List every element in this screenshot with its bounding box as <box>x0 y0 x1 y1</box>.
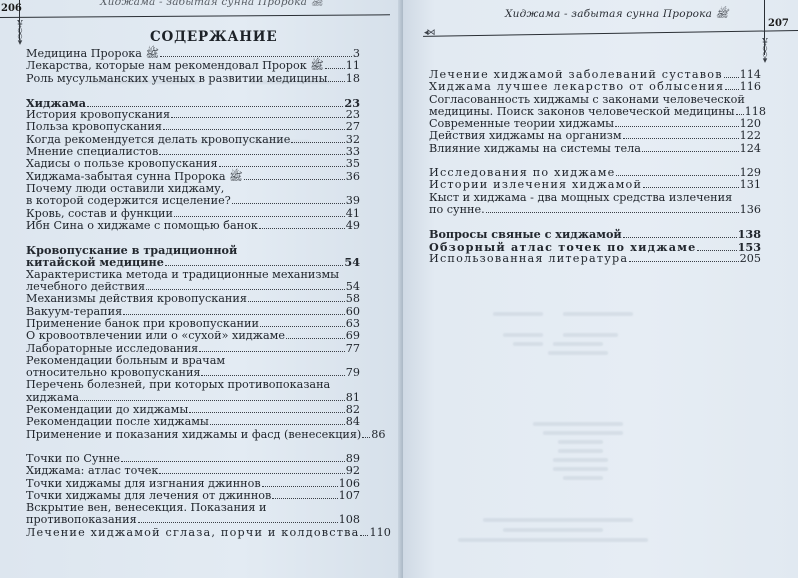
toc-entry-title: Хадисы о пользе кровопускания <box>26 158 218 170</box>
dot-leader <box>642 143 739 152</box>
dot-leader <box>80 392 345 401</box>
toc-entry-page: 108 <box>339 514 360 526</box>
page-number-right: 207 <box>768 18 789 29</box>
toc-entry-page: 54 <box>344 256 360 268</box>
bleed-through <box>493 312 543 316</box>
toc-entry-page: 39 <box>346 195 360 207</box>
toc-section: Точки по Сунне89Хиджама: атлас точек92То… <box>26 453 360 539</box>
toc-entry[interactable]: Вопросы свяные с хиджамой138 <box>429 228 761 240</box>
toc-entry-page: 136 <box>740 204 761 216</box>
bleed-through <box>558 440 603 444</box>
left-page: 206 Хиджама - забытая сунна Пророка ﷺ ¥◊… <box>0 0 403 578</box>
toc-entry-page: 58 <box>346 293 360 305</box>
dot-leader <box>165 257 344 266</box>
toc-entry-title: Лабораторные исследования <box>26 343 198 355</box>
toc-entry-page: 11 <box>346 60 360 72</box>
toc-entry[interactable]: Вскрытие вен, венесекция. Показания ипро… <box>26 502 360 527</box>
dot-leader <box>159 465 344 474</box>
toc-entry-page: 205 <box>740 253 761 265</box>
dot-leader <box>163 121 345 130</box>
bleed-through <box>553 467 608 471</box>
toc-entry-page: 41 <box>346 208 360 220</box>
bleed-through <box>553 342 603 346</box>
dot-leader <box>232 195 345 204</box>
toc-entry-title-line1: Перечень болезней, при которых противопо… <box>26 379 360 391</box>
dot-leader <box>615 118 739 127</box>
dot-leader <box>697 242 736 251</box>
toc-entry-title: Лечение хиджамой сглаза, порчи и колдовс… <box>26 527 359 539</box>
dot-leader <box>286 330 345 339</box>
dot-leader <box>623 130 739 139</box>
toc-entry-title: по сунне. <box>429 204 485 216</box>
toc-entry-page: 69 <box>346 330 360 342</box>
toc-entry-page: 27 <box>346 121 360 133</box>
toc-entry[interactable]: Характеристика метода и традиционные мех… <box>26 269 360 294</box>
toc-entry[interactable]: Лечение хиджамой сглаза, порчи и колдовс… <box>26 527 360 539</box>
bleed-through <box>563 476 603 480</box>
toc-right-column: Лечение хиджамой заболеваний суставов114… <box>429 69 761 265</box>
dot-leader <box>725 81 738 90</box>
toc-entry-page: 36 <box>346 171 360 183</box>
bleed-through <box>503 333 543 337</box>
dot-leader <box>146 281 345 290</box>
bleed-through <box>533 422 623 426</box>
dot-leader <box>123 306 345 315</box>
toc-entry-page: 84 <box>346 416 360 428</box>
toc-entry[interactable]: Действия хиджамы на организм122 <box>429 130 761 142</box>
toc-entry-title: Вопросы свяные с хиджамой <box>429 228 622 240</box>
toc-entry-page: 92 <box>346 465 360 477</box>
header-rule <box>423 30 798 37</box>
dot-leader <box>248 293 345 302</box>
toc-entry-page: 35 <box>346 158 360 170</box>
toc-entry[interactable]: Польза кровопускания27 <box>26 121 360 133</box>
toc-entry-title: Роль мусульманских ученых в развитии мед… <box>26 73 327 85</box>
toc-entry-title: Хиджама: атлас точек <box>26 465 158 477</box>
dot-leader <box>189 404 344 413</box>
dot-leader <box>272 490 337 499</box>
toc-entry-page: 124 <box>740 143 761 155</box>
dot-leader <box>623 229 737 238</box>
toc-entry-title: О кровоотвлечении или о «сухой» хиджаме <box>26 330 285 342</box>
toc-entry[interactable]: Рекомендации после хиджамы84 <box>26 416 360 428</box>
dot-leader <box>260 318 345 327</box>
toc-entry-title: Точки хиджамы для изгнания джиннов <box>26 478 261 490</box>
page-number-left: 206 <box>1 3 22 14</box>
toc-entry[interactable]: Рекомендации больным и врачамотносительн… <box>26 355 360 380</box>
toc-entry[interactable]: Хадисы о пользе кровопускания35 <box>26 158 360 170</box>
dot-leader <box>629 253 738 262</box>
dot-leader <box>360 527 368 536</box>
toc-entry-page: 131 <box>740 179 761 191</box>
toc-entry-page: 107 <box>339 490 360 502</box>
toc-entry[interactable]: Хиджама: атлас точек92 <box>26 465 360 477</box>
header-rule <box>0 14 390 18</box>
dot-leader <box>210 416 345 425</box>
dot-leader <box>262 478 338 487</box>
dot-leader <box>724 69 739 78</box>
bleed-through <box>563 333 618 337</box>
dot-leader <box>325 60 345 69</box>
bleed-through <box>563 312 633 316</box>
toc-entry[interactable]: О кровоотвлечении или о «сухой» хиджаме6… <box>26 330 360 342</box>
toc-entry[interactable]: Лекарства, которые нам рекомендовал Прор… <box>26 60 360 72</box>
dot-leader <box>199 343 345 352</box>
bleed-through <box>513 342 543 346</box>
toc-entry[interactable]: Хиджама лучшее лекарство от облысения116 <box>429 81 761 93</box>
toc-entry-page: 49 <box>346 220 360 232</box>
toc-entry-page: 77 <box>346 343 360 355</box>
ornament-icon: ¥◊◊▾ <box>15 22 25 46</box>
toc-entry[interactable]: Кровь, состав и функции41 <box>26 208 360 220</box>
toc-entry-title: китайской медицине <box>26 256 164 268</box>
dot-leader <box>643 179 739 188</box>
toc-entry[interactable]: Роль мусульманских ученых в развитии мед… <box>26 73 360 85</box>
dot-leader <box>174 208 345 217</box>
toc-entry-title: Рекомендации после хиджамы <box>26 416 209 428</box>
toc-entry[interactable]: Обзорный атлас точек по хиджаме153 <box>429 241 761 253</box>
dot-leader <box>244 171 345 180</box>
ornament-icon: ¥◊◊▾ <box>760 40 770 64</box>
toc-entry-title: Кровь, состав и функции <box>26 208 173 220</box>
bleed-through <box>558 449 603 453</box>
toc-left-column: Медицина Пророка ﷺ3Лекарства, которые на… <box>26 48 360 539</box>
toc-title: СОДЕРЖАНИЕ <box>150 29 277 45</box>
toc-entry-title: Хиджама лучшее лекарство от облысения <box>429 81 724 93</box>
ornament-icon: ◂⋈ <box>424 28 434 38</box>
toc-section: Медицина Пророка ﷺ3Лекарства, которые на… <box>26 48 360 85</box>
book-spread: 206 Хиджама - забытая сунна Пророка ﷺ ¥◊… <box>0 0 798 578</box>
toc-entry-page: 18 <box>346 73 360 85</box>
toc-section: Лечение хиджамой заболеваний суставов114… <box>429 69 761 155</box>
dot-leader <box>201 367 344 376</box>
toc-entry[interactable]: Согласованность хиджамы с законами челов… <box>429 94 761 119</box>
bleed-through <box>458 538 648 542</box>
dot-leader <box>328 73 344 82</box>
toc-entry-page: 110 <box>369 527 390 539</box>
toc-section: Хиджама23История кровопускания23Польза к… <box>26 97 360 232</box>
dot-leader <box>171 109 345 118</box>
toc-entry-title: в которой содержится исцеление? <box>26 195 231 207</box>
dot-leader <box>259 220 345 229</box>
toc-section: Исследования по хиджаме129Истории излече… <box>429 167 761 216</box>
toc-entry[interactable]: Кыст и хиджама - два мощных средства изл… <box>429 192 761 217</box>
dot-leader <box>160 48 352 57</box>
toc-entry-title: Влияние хиджамы на системы тела <box>429 143 641 155</box>
toc-entry-title: Механизмы действия кровопускания <box>26 293 247 305</box>
toc-entry-title: Действия хиджамы на организм <box>429 130 622 142</box>
dot-leader <box>362 429 370 438</box>
dot-leader <box>219 158 345 167</box>
dot-leader <box>736 106 744 115</box>
dot-leader <box>138 514 338 523</box>
bleed-through <box>483 518 633 522</box>
toc-entry[interactable]: Истории излечения хиджамой131 <box>429 179 761 191</box>
toc-entry-title: Применение и показания хиджамы и фасд (в… <box>26 429 361 441</box>
toc-entry-title: Лекарства, которые нам рекомендовал Прор… <box>26 60 324 72</box>
dot-leader <box>616 167 738 176</box>
toc-entry-page: 138 <box>738 228 761 240</box>
toc-entry[interactable]: Перечень болезней, при которых противопо… <box>26 379 360 404</box>
toc-entry-page: 106 <box>339 478 360 490</box>
toc-entry-title: Использованная литература <box>429 253 628 265</box>
toc-entry[interactable]: Применение и показания хиджамы и фасд (в… <box>26 429 360 441</box>
right-page: Хиджама - забытая сунна Пророка ﷺ ◂⋈ 207… <box>403 0 798 578</box>
toc-section: Кровопускание в традиционнойкитайской ме… <box>26 244 360 441</box>
running-title-left: Хиджама - забытая сунна Пророка ﷺ <box>100 0 323 11</box>
dot-leader <box>121 453 345 462</box>
toc-entry-page: 122 <box>740 130 761 142</box>
toc-entry[interactable]: Точки хиджамы для изгнания джиннов106 <box>26 478 360 490</box>
toc-section: Вопросы свяные с хиджамой138Обзорный атл… <box>429 228 761 265</box>
toc-entry-title: Истории излечения хиджамой <box>429 179 642 191</box>
bleed-through <box>548 351 608 355</box>
bleed-through <box>553 458 608 462</box>
toc-entry-title: противопоказания <box>26 514 137 526</box>
toc-entry[interactable]: Влияние хиджамы на системы тела124 <box>429 143 761 155</box>
toc-entry-title: Ибн Сина о хиджаме с помощью банок <box>26 220 258 232</box>
dot-leader <box>486 204 739 213</box>
bleed-through <box>503 528 603 532</box>
toc-entry[interactable]: Лабораторные исследования77 <box>26 343 360 355</box>
dot-leader <box>291 134 344 143</box>
toc-entry-page: 79 <box>346 367 360 379</box>
toc-entry-page: 116 <box>740 81 761 93</box>
bleed-through <box>543 431 623 435</box>
toc-entry[interactable]: Механизмы действия кровопускания58 <box>26 293 360 305</box>
toc-entry[interactable]: Кровопускание в традиционнойкитайской ме… <box>26 244 360 269</box>
dot-leader <box>159 146 344 155</box>
running-title-right: Хиджама - забытая сунна Пророка ﷺ <box>505 8 728 23</box>
toc-entry[interactable]: Почему люди оставили хиджаму,в которой с… <box>26 183 360 208</box>
toc-entry[interactable]: Ибн Сина о хиджаме с помощью банок49 <box>26 220 360 232</box>
toc-entry-title: Польза кровопускания <box>26 121 162 133</box>
toc-entry-page: 86 <box>371 429 385 441</box>
toc-entry-page: 153 <box>738 241 761 253</box>
dot-leader <box>87 98 343 107</box>
toc-entry[interactable]: Использованная литература205 <box>429 253 761 265</box>
toc-entry-title: Обзорный атлас точек по хиджаме <box>429 241 696 253</box>
